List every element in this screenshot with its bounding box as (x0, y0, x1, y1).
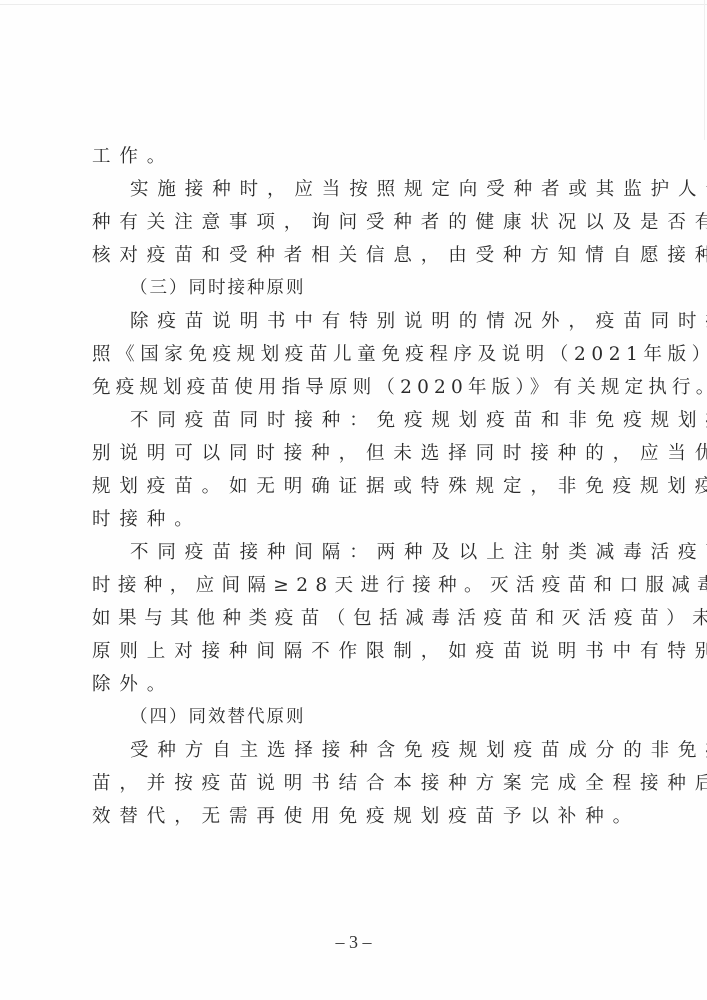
paragraph-line: 种有关注意事项，询问受种者的健康状况以及是否有接种禁忌症， (92, 206, 622, 239)
document-page: 工作。 实施接种时，应当按照规定向受种者或其监护人告知疫苗接 种有关注意事项，询… (0, 0, 707, 1000)
page-number: – 3 – (0, 932, 707, 953)
paragraph-line: 如果与其他种类疫苗（包括减毒活疫苗和灭活疫苗）未同时接种， (92, 602, 622, 635)
paragraph-line: 不同疫苗同时接种：免疫规划疫苗和非免疫规划疫苗如无特 (92, 404, 622, 437)
paragraph-line: 免疫规划疫苗使用指导原则（2020年版）》有关规定执行。 (92, 371, 622, 404)
paragraph-line: 效替代，无需再使用免疫规划疫苗予以补种。 (92, 800, 622, 833)
section-heading-equivalent-substitution: （四）同效替代原则 (92, 701, 622, 734)
paragraph-line: 不同疫苗接种间隔：两种及以上注射类减毒活疫苗如果未同 (92, 536, 622, 569)
scan-top-edge (0, 4, 707, 5)
section-heading-simultaneous-vaccination: （三）同时接种原则 (92, 272, 622, 305)
paragraph-line: 原则上对接种间隔不作限制，如疫苗说明书中有特别说明的情况 (92, 635, 622, 668)
paragraph-line: 时接种，应间隔≥28天进行接种。灭活疫苗和口服减毒活疫苗， (92, 569, 622, 602)
paragraph-line: 时接种。 (92, 503, 622, 536)
paragraph-line: 苗，并按疫苗说明书结合本接种方案完成全程接种后，可视为同 (92, 767, 622, 800)
paragraph-line: 受种方自主选择接种含免疫规划疫苗成分的非免疫规划疫 (92, 734, 622, 767)
paragraph-line: 实施接种时，应当按照规定向受种者或其监护人告知疫苗接 (92, 173, 622, 206)
paragraph-line: 除外。 (92, 668, 622, 701)
paragraph-line: 规划疫苗。如无明确证据或特殊规定，非免疫规划疫苗之间可同 (92, 470, 622, 503)
paragraph-line: 工作。 (92, 140, 622, 173)
paragraph-line: 除疫苗说明书中有特别说明的情况外，疫苗同时接种原则参 (92, 305, 622, 338)
document-body: 工作。 实施接种时，应当按照规定向受种者或其监护人告知疫苗接 种有关注意事项，询… (92, 140, 622, 833)
paragraph-line: 照《国家免疫规划疫苗儿童免疫程序及说明（2021年版）》和《非 (92, 338, 622, 371)
scan-right-edge (704, 0, 705, 140)
paragraph-line: 核对疫苗和受种者相关信息，由受种方知情自愿接种。 (92, 239, 622, 272)
paragraph-line: 别说明可以同时接种，但未选择同时接种的，应当优先接种免疫 (92, 437, 622, 470)
